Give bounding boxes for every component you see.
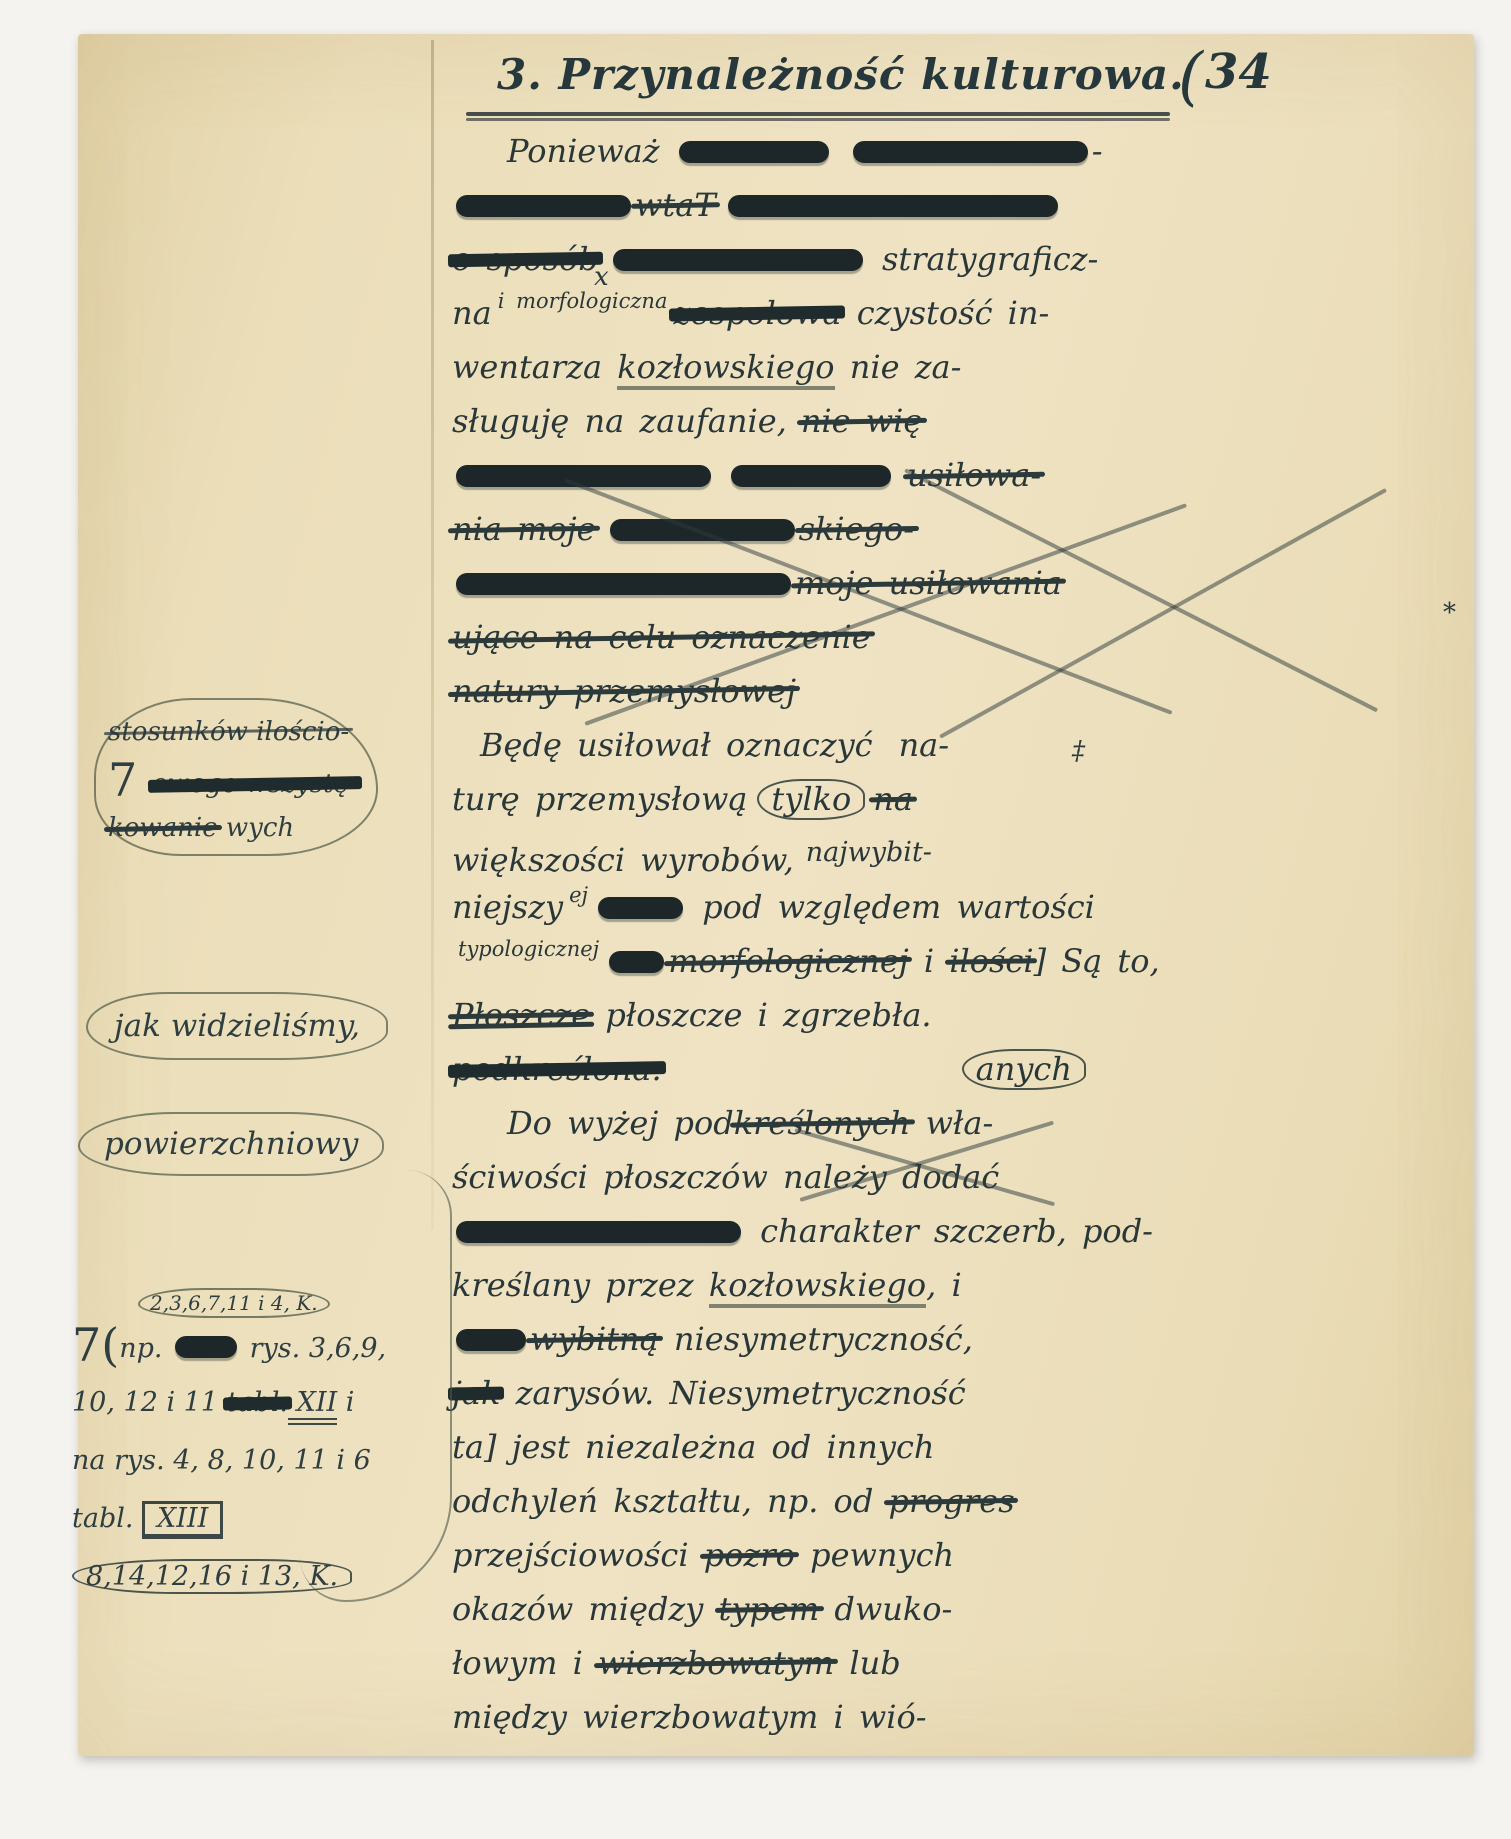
handwritten-text: między [452, 1698, 582, 1736]
handwritten-text: XIII [142, 1501, 223, 1539]
text-line: 10, 12 i 11 tabl. XII i [72, 1374, 386, 1432]
text-line: charakter szczerb, pod- [452, 1204, 1272, 1258]
text-line: ściwości płoszczów należy dodać [452, 1150, 1272, 1204]
margin-note-figure-references: 2,3,6,7,11 i 4, K. 7(np. rys. 3,6,9,10, … [72, 1316, 386, 1606]
struck-text: zespołowa [673, 286, 841, 340]
circled-word: anych [962, 1049, 1086, 1090]
handwritten-text: na rys. 4, 8, 10, 11 i 6 [72, 1445, 371, 1476]
inked-out-text [456, 1329, 526, 1351]
inked-out-text [728, 195, 1058, 217]
handwritten-text: , i [926, 1266, 962, 1304]
handwritten-text: np. [119, 1333, 171, 1364]
inked-out-text [456, 195, 631, 217]
handwritten-text: okazów między [452, 1590, 719, 1628]
inked-out-text [456, 1221, 741, 1243]
text-line: typologicznejmorfologicznej i ilości] Są… [452, 934, 1272, 988]
handwritten-text: dwuko- [819, 1590, 952, 1628]
handwritten-text: najwybit- [806, 826, 932, 880]
text-line: Do wyżej podkreślonych wła- [452, 1096, 1272, 1150]
inked-out-text [609, 951, 664, 973]
handwritten-text: XII [288, 1387, 337, 1425]
margin-note-superscript: 2,3,6,7,11 i 4, K. [138, 1288, 330, 1318]
text-line: jak zarysów. Niesymetryczność [452, 1366, 1272, 1420]
handwritten-text: typologicznej [458, 939, 599, 960]
text-line: o sposób stratygraficz- [452, 232, 1272, 286]
insertion-mark: ‡ [1072, 736, 1085, 766]
handwritten-text: pod względem wartości [687, 888, 1095, 926]
circled-word: 8,14,12,16 i 13, K. [72, 1559, 352, 1594]
handwritten-text: 7( [72, 1318, 119, 1372]
text-line: większości wyrobów,najwybit- [452, 826, 1272, 880]
margin-note-jak-widzielismy: jak widzieliśmy, [86, 992, 388, 1060]
text-line: Będę usiłował oznaczyćna- [452, 718, 1272, 772]
text-line: okazów między typem dwuko- [452, 1582, 1272, 1636]
text-line: Płoszcze płoszcze i zgrzebła. [452, 988, 1272, 1042]
text-line: natury przemysłowej [452, 664, 1272, 718]
margin-note-powierzchniowy: powierzchniowy [78, 1112, 384, 1176]
inked-out-text [613, 249, 863, 271]
text-line: moje usiłowania [452, 556, 1272, 610]
handwritten-text: turę przemysłową [452, 780, 747, 818]
margin-note-text: powierzchniowy [104, 1126, 358, 1162]
text-line: niejszyej pod względem wartości [452, 880, 1272, 934]
handwritten-text: sługuję na zaufanie, [452, 402, 787, 440]
handwritten-text: rys. 3,6,9, [241, 1333, 386, 1364]
page-title: 3. Przynależność kulturowa. [497, 50, 1185, 99]
handwritten-text: Do wyżej pod [507, 1104, 734, 1142]
text-line: stosunków ilościo- [108, 708, 358, 756]
page-number-bracket: ( [1178, 40, 1203, 114]
handwritten-text: Będę usiłował oznaczyć [480, 726, 873, 764]
text-line: wybitną niesymetryczność, [452, 1312, 1272, 1366]
text-line: na rys. 4, 8, 10, 11 i 6 [72, 1432, 386, 1490]
handwritten-text: niejszy [452, 888, 563, 926]
text-line: kowanie wych [108, 804, 358, 852]
handwritten-text: wych [218, 813, 295, 843]
insertion-mark: x [594, 262, 609, 292]
margin-note-text: jak widzieliśmy, [114, 1008, 360, 1044]
text-line: tabl. XIII [72, 1490, 386, 1548]
handwritten-text: i [909, 942, 950, 980]
title-underline [466, 112, 1170, 116]
text-line: usiłowa- [452, 448, 1272, 502]
struck-text: stosunków ilościo- [108, 708, 349, 756]
scanned-manuscript-page: { "page": {"number": "34", "language": "… [0, 0, 1511, 1839]
handwritten-text: stratygraficz- [867, 240, 1099, 278]
handwritten-text: nie za- [835, 348, 962, 386]
text-line: wentarza kozłowskiego nie za- [452, 340, 1272, 394]
handwritten-text: - [1092, 132, 1103, 170]
struck-text: usiłowa- [907, 448, 1041, 502]
struck-text: typem [719, 1582, 820, 1636]
handwritten-text: wierzbowatym i wió- [582, 1698, 927, 1736]
text-line: sługuję na zaufanie,nie wię [452, 394, 1272, 448]
struck-text: wierzbowatym [598, 1636, 834, 1690]
page-number: (34 [1178, 40, 1272, 114]
text-line: Ponieważ - [452, 124, 1272, 178]
inked-out-text [679, 141, 829, 163]
circled-word: tylko [757, 779, 865, 820]
insertion-mark: * [1443, 598, 1456, 628]
inked-out-text [456, 465, 711, 487]
margin-note-lines: 7(np. rys. 3,6,9,10, 12 i 11 tabl. XII i… [72, 1316, 386, 1606]
text-line: 7 owego wszystę- [108, 756, 358, 804]
text-line: łowym i wierzbowatym lub [452, 1636, 1272, 1690]
handwritten-text: wła- [910, 1104, 993, 1142]
handwritten-text: łowym i [452, 1644, 598, 1682]
text-line: wtaT [452, 178, 1272, 232]
struck-text: wybitną [530, 1312, 659, 1366]
page-number-value: 34 [1205, 44, 1272, 100]
paper-fold-crease [431, 40, 434, 1230]
handwritten-text: czystość in- [842, 294, 1050, 332]
handwritten-text: kreślany przez [452, 1266, 709, 1304]
struck-text: nie wię [801, 394, 923, 448]
handwritten-text: charakter szczerb, pod- [745, 1212, 1153, 1250]
struck-text: tabl. [227, 1374, 288, 1432]
text-line: odchyleń kształtu, np. od progres [452, 1474, 1272, 1528]
struck-text: wtaT [635, 178, 716, 232]
margin-note-quantitative-ratios: stosunków ilościo-7 owego wszystę-kowani… [94, 698, 378, 856]
handwritten-text: zarysów. Niesymetryczność [500, 1374, 965, 1412]
inked-out-text [853, 141, 1088, 163]
handwritten-text: tabl. [72, 1503, 142, 1534]
struck-text: Płoszcze [452, 988, 590, 1042]
text-line: ta] jest niezależna od innych [452, 1420, 1272, 1474]
handwritten-text: ej [569, 885, 588, 906]
struck-text: skiego- [799, 502, 915, 556]
handwritten-text: Ponieważ [507, 132, 675, 170]
handwritten-text: ] Są to, [1034, 942, 1160, 980]
handwritten-text: 7 [108, 753, 152, 807]
struck-text: kowanie [108, 804, 218, 852]
handwritten-text: 10, 12 i 11 [72, 1387, 227, 1418]
handwritten-text: i [337, 1387, 354, 1418]
struck-text: na [873, 772, 913, 826]
struck-text: kreślonych [734, 1096, 911, 1150]
handwritten-text: pewnych [795, 1536, 954, 1574]
struck-text: progres [888, 1474, 1014, 1528]
inked-out-text [731, 465, 891, 487]
handwritten-text: większości wyrobów, [452, 841, 794, 879]
handwritten-text: wentarza [452, 348, 617, 386]
struck-text: nia moje [452, 502, 596, 556]
text-line: podkreślona.anych [452, 1042, 1272, 1096]
handwritten-text: ta] jest niezależna od innych [452, 1428, 935, 1466]
handwritten-text: lub [834, 1644, 901, 1682]
inked-out-text [175, 1336, 237, 1358]
handwritten-text: kozłowskiego [709, 1266, 926, 1308]
text-line: przejściowości pozro pewnych [452, 1528, 1272, 1582]
struck-text: jak [452, 1366, 500, 1420]
inked-out-text [456, 573, 791, 595]
text-line: kreślany przez kozłowskiego, i [452, 1258, 1272, 1312]
text-line: 7(np. rys. 3,6,9, [72, 1316, 386, 1374]
struck-text: ujące na celu oznaczenie [452, 610, 871, 664]
handwritten-text: płoszcze i zgrzebła. [590, 996, 931, 1034]
text-line: nai morfologicznazespołowa czystość in- [452, 286, 1272, 340]
struck-text: owego wszystę- [152, 760, 358, 808]
text-line: nia mojeskiego- [452, 502, 1272, 556]
struck-text: o sposób [452, 232, 599, 286]
handwritten-text: przejściowości [452, 1536, 704, 1574]
handwritten-text: niesymetryczność, [659, 1320, 973, 1358]
handwritten-text: na [452, 294, 492, 332]
manuscript-body: Ponieważ -wtaTo sposób stratygraficz-nai… [452, 124, 1272, 1744]
struck-text: pozro [704, 1528, 795, 1582]
handwritten-text: i morfologiczna [498, 291, 668, 312]
struck-text: podkreślona. [452, 1042, 662, 1096]
text-line: między wierzbowatym i wió- [452, 1690, 1272, 1744]
struck-text: morfologicznej [668, 934, 908, 988]
struck-text: ilości [949, 934, 1033, 988]
handwritten-text: odchyleń kształtu, np. od [452, 1482, 888, 1520]
handwritten-text: kozłowskiego [617, 348, 834, 390]
text-line: turę przemysłowątylkona [452, 772, 1272, 826]
handwritten-text: na- [899, 726, 950, 764]
inked-out-text [598, 897, 683, 919]
text-line: 8,14,12,16 i 13, K. [72, 1548, 386, 1606]
